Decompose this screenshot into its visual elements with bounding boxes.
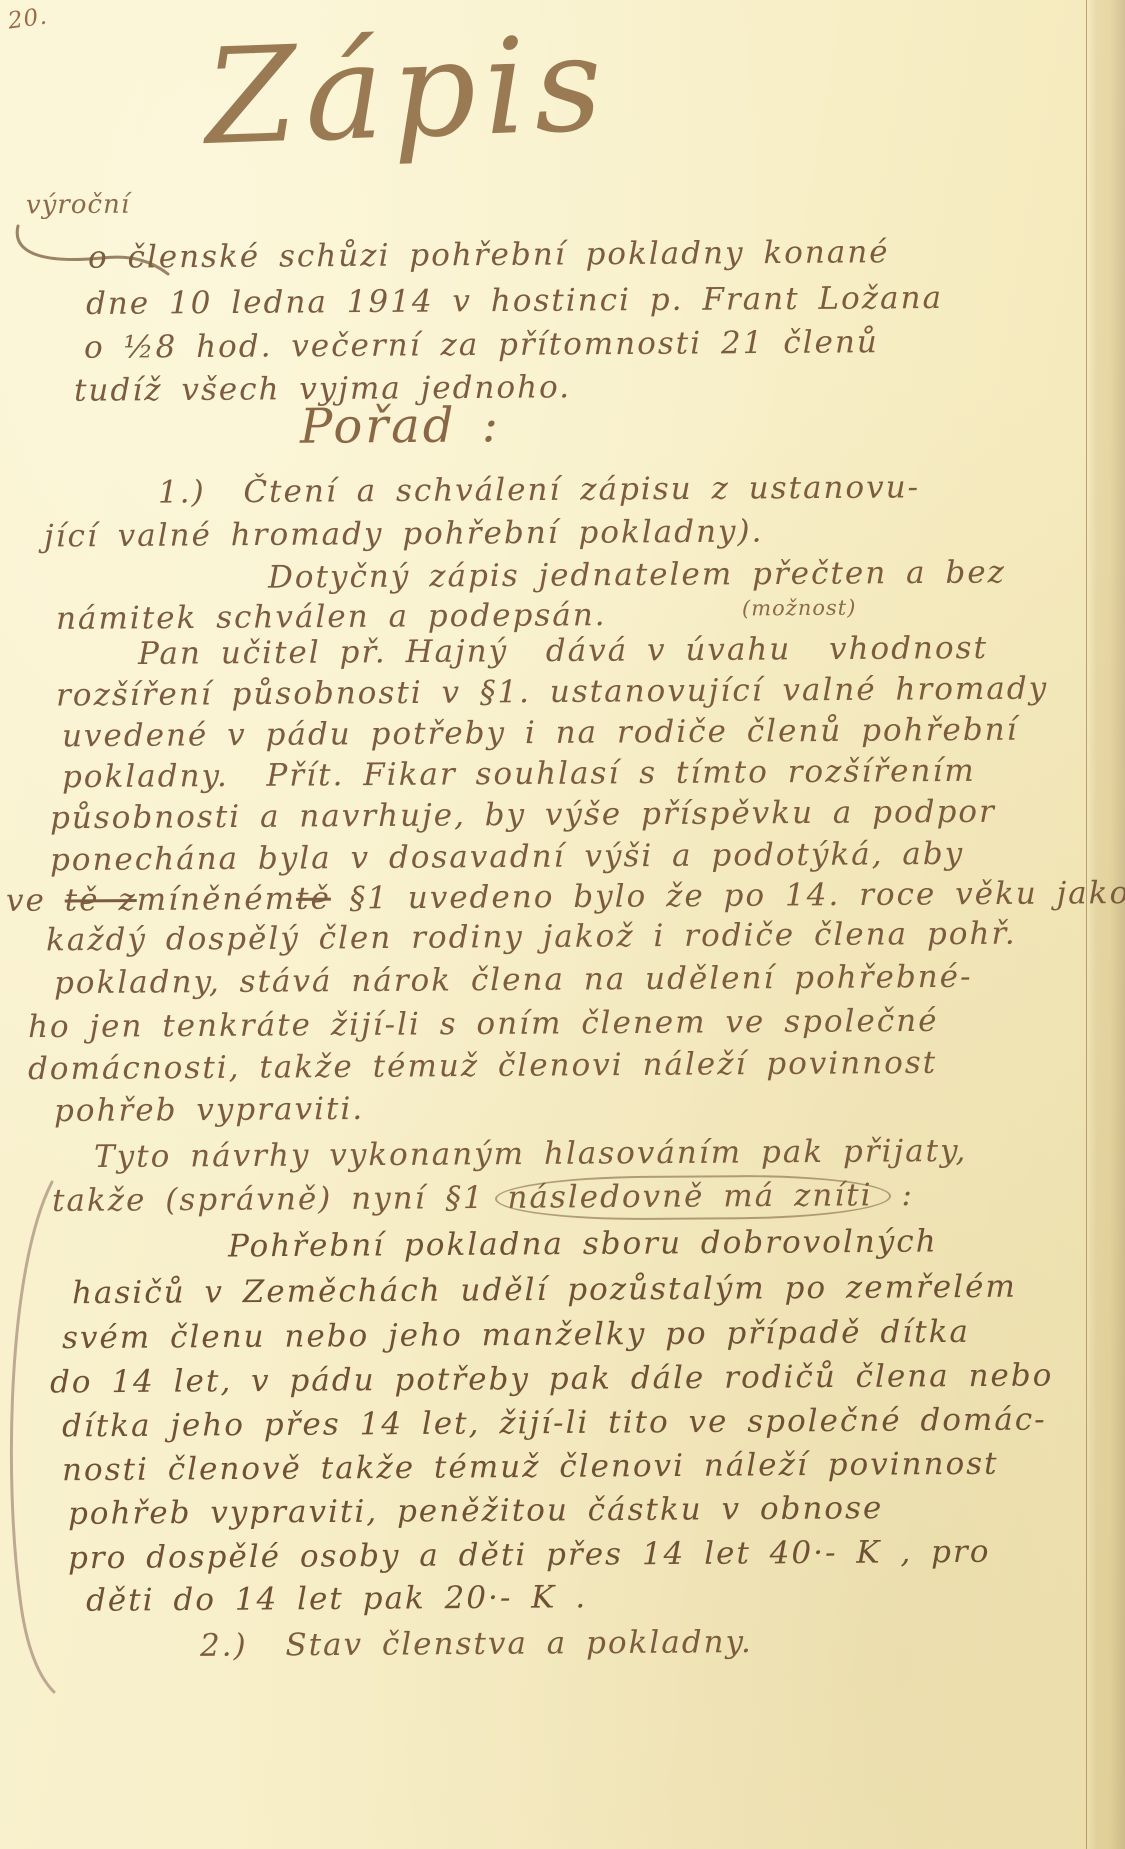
- manuscript-line: 2.) Stav členstva a pokladny.: [200, 1624, 753, 1664]
- struck-text: tě z: [65, 882, 137, 919]
- manuscript-line: svém členu nebo jeho manželky po případě…: [62, 1314, 970, 1356]
- manuscript-line: 1.) Čtení a schválení zápisu z ustanovu-: [158, 469, 920, 510]
- manuscript-line: Pan učitel př. Hajný dává v úvahu vhodno…: [138, 630, 988, 672]
- manuscript-line: dítka jeho přes 14 let, žijí-li tito ve …: [62, 1402, 1047, 1445]
- manuscript-line: působnosti a navrhuje, by výše příspěvku…: [50, 794, 996, 837]
- manuscript-line: pokladny, stává nárok člena na udělení p…: [54, 959, 973, 1001]
- circled-text: následovně má zníti: [495, 1174, 890, 1221]
- section-heading: Pořad :: [300, 397, 501, 454]
- manuscript-line: hasičů v Zeměchách udělí pozůstalým po z…: [72, 1269, 1017, 1312]
- manuscript-line: pro dospělé osoby a děti přes 14 let 40·…: [68, 1534, 991, 1576]
- manuscript-line: ho jen tenkráte žijí-li s oním členem ve…: [28, 1003, 939, 1045]
- text-segment: takže (správně) nyní §1: [52, 1180, 504, 1219]
- manuscript-line: dne 10 ledna 1914 v hostinci p. Frant Lo…: [86, 280, 943, 322]
- manuscript-line: rozšíření působnosti v §1. ustanovující …: [56, 671, 1048, 714]
- manuscript-line: jící valné hromady pohřební pokladny).: [44, 513, 764, 554]
- manuscript-line: Dotyčný zápis jednatelem přečten a bez: [268, 554, 1006, 595]
- inserted-word: výroční: [26, 190, 130, 221]
- manuscript-line: do 14 let, v pádu potřeby pak dále rodič…: [50, 1357, 1054, 1400]
- manuscript-line: Tyto návrhy vykonaným hlasováním pak při…: [94, 1133, 968, 1175]
- manuscript-line: uvedené v pádu potřeby i na rodiče členů…: [62, 712, 1019, 755]
- manuscript-line: námitek schválen a podepsán.: [56, 597, 607, 637]
- manuscript-line: takže (správně) nyní §1 následovně má zn…: [52, 1177, 914, 1219]
- text-segment: míněném: [137, 881, 297, 918]
- manuscript-line: ponechána byla v dosavadní výši a podotý…: [50, 836, 964, 878]
- manuscript-line: každý dospělý člen rodiny jakož i rodiče…: [46, 916, 1017, 959]
- document-title: Zápis: [202, 7, 612, 175]
- manuscript-line: pohřeb vypraviti.: [54, 1091, 364, 1129]
- manuscript-line: domácnosti, takže témuž členovi náleží p…: [28, 1045, 937, 1087]
- inserted-note: (možnost): [742, 596, 857, 621]
- struck-text: tě: [296, 881, 331, 917]
- text-segment: §1 uvedeno bylo že po 14. roce věku jako: [331, 875, 1125, 917]
- manuscript-line: o členské schůzi pohřební pokladny konan…: [88, 234, 890, 276]
- manuscript-line: nosti členově takže témuž členovi náleží…: [62, 1446, 999, 1489]
- page-edge: [1086, 0, 1125, 1849]
- manuscript-line: Pohřební pokladna sboru dobrovolných: [228, 1224, 938, 1265]
- text-segment: ve: [6, 883, 65, 919]
- page-number: 20.: [6, 3, 49, 34]
- text-segment: :: [882, 1177, 914, 1213]
- manuscript-line: pohřeb vypraviti, peněžitou částku v obn…: [68, 1490, 884, 1532]
- manuscript-line: pokladny. Přít. Fikar souhlasí s tímto r…: [62, 753, 976, 795]
- manuscript-line: děti do 14 let pak 20·- K .: [86, 1579, 587, 1618]
- manuscript-line: o ½8 hod. večerní za přítomnosti 21 člen…: [84, 324, 879, 366]
